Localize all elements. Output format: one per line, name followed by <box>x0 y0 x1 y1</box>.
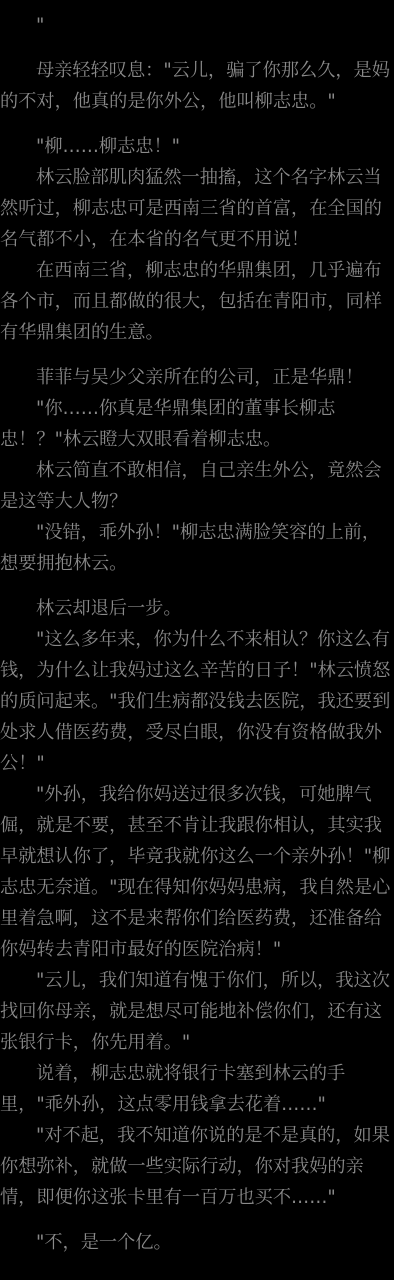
paragraph-gap <box>0 41 394 55</box>
paragraph: "没错，乖外孙！"柳志忠满脸笑容的上前，想要拥抱林云。 <box>0 517 394 579</box>
paragraph: "柳……柳志忠！" <box>0 131 394 162</box>
paragraph: " <box>0 10 394 41</box>
paragraph-gap <box>0 117 394 131</box>
paragraph: 母亲轻轻叹息："云儿，骗了你那么久，是妈的不对，他真的是你外公，他叫柳志忠。" <box>0 55 394 117</box>
paragraph: 林云脸部肌肉猛然一抽搐，这个名字林云当然听过，柳志忠可是西南三省的首富，在全国的… <box>0 162 394 255</box>
paragraph: "对不起，我不知道你说的是不是真的，如果你想弥补，就做一些实际行动，你对我妈的亲… <box>0 1120 394 1213</box>
paragraph-gap <box>0 579 394 593</box>
paragraph: 林云简直不敢相信，自己亲生外公，竟然会是这等大人物？ <box>0 455 394 517</box>
paragraph: "这么多年来，你为什么不来相认？你这么有钱，为什么让我妈过这么辛苦的日子！"林云… <box>0 624 394 779</box>
paragraph: "你……你真是华鼎集团的董事长柳志忠！？"林云瞪大双眼看着柳志忠。 <box>0 393 394 455</box>
paragraph: "外孙，我给你妈送过很多次钱，可她脾气倔，就是不要，甚至不肯让我跟你相认，其实我… <box>0 779 394 965</box>
reader-content: "母亲轻轻叹息："云儿，骗了你那么久，是妈的不对，他真的是你外公，他叫柳志忠。"… <box>0 10 394 1258</box>
paragraph-gap <box>0 1213 394 1227</box>
paragraph: "不，是一个亿。 <box>0 1227 394 1258</box>
paragraph: "云儿，我们知道有愧于你们，所以，我这次找回你母亲，就是想尽可能地补偿你们，还有… <box>0 965 394 1058</box>
paragraph: 菲菲与吴少父亲所在的公司，正是华鼎！ <box>0 362 394 393</box>
paragraph: 在西南三省，柳志忠的华鼎集团，几乎遍布各个市，而且都做的很大，包括在青阳市，同样… <box>0 255 394 348</box>
paragraph: 说着，柳志忠就将银行卡塞到林云的手里，"乖外孙，这点零用钱拿去花着……" <box>0 1058 394 1120</box>
paragraph-gap <box>0 348 394 362</box>
paragraph: 林云却退后一步。 <box>0 593 394 624</box>
